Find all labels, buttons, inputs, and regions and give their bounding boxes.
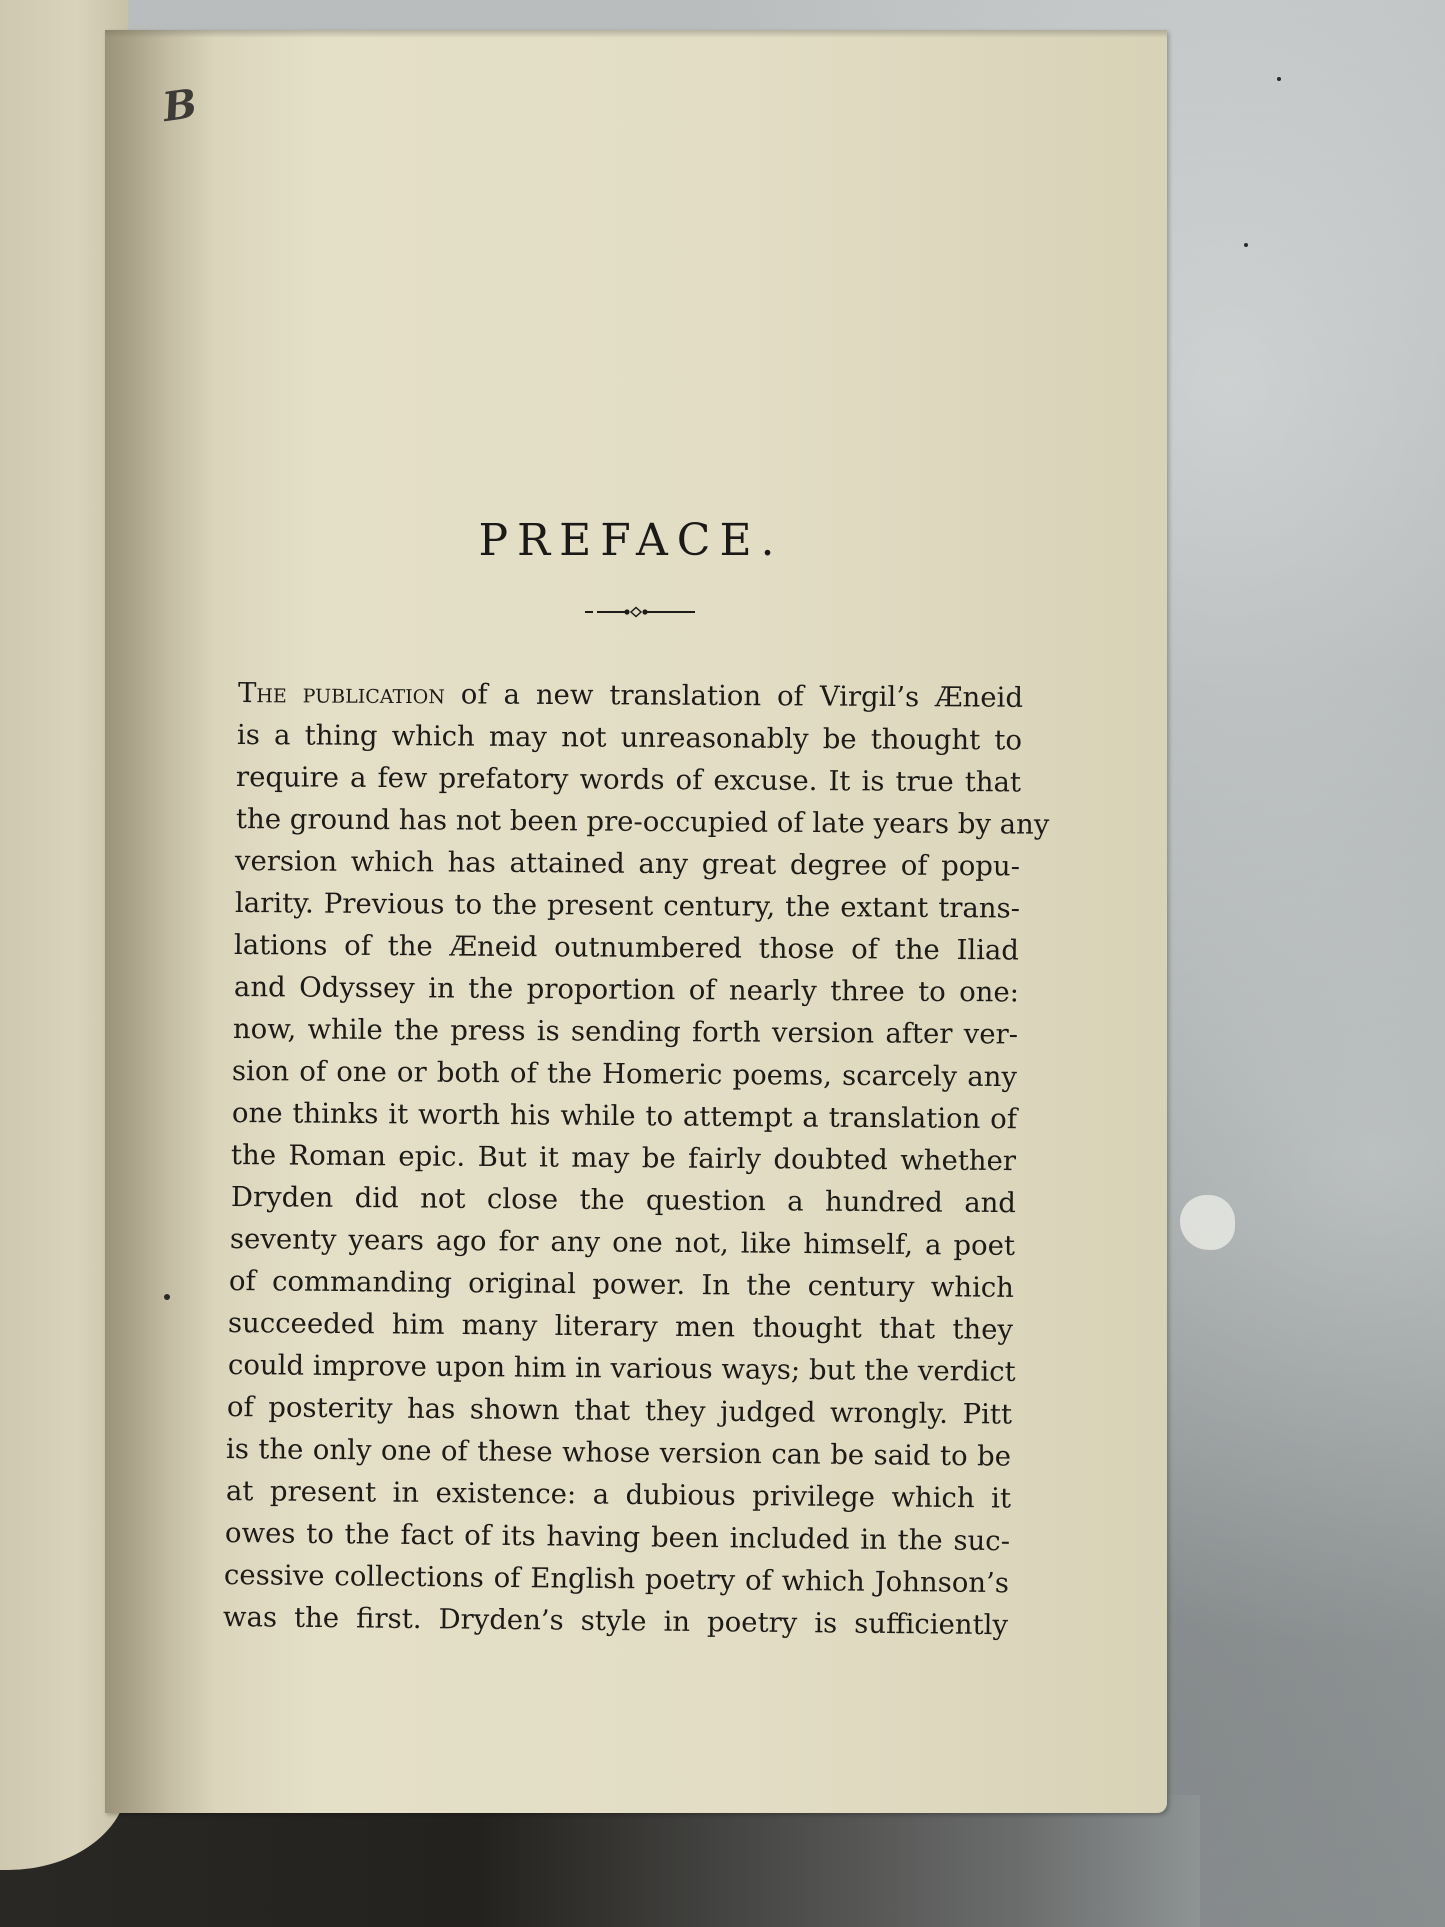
text-line: at present in existence: a dubious privi… [226, 1470, 1011, 1520]
text-line: of commanding original power. In the cen… [229, 1260, 1014, 1309]
page-top-edge [105, 30, 1167, 38]
handwritten-mark: B [160, 80, 200, 131]
text-line: the ground has not been pre-occupied of … [236, 798, 1021, 845]
text-line: version which has attained any great deg… [235, 840, 1020, 887]
text-line: sion of one or both of the Homeric poems… [232, 1050, 1017, 1098]
preface-paragraph: The publication of a new translation of … [238, 672, 1023, 1638]
text-line: The publication of a new translation of … [238, 672, 1023, 719]
text-line: seventy years ago for any one not, like … [230, 1218, 1015, 1267]
text-line: of posterity has shown that they judged … [227, 1386, 1012, 1436]
opening-smallcaps: The publication [238, 677, 445, 710]
text-line: one thinks it worth his while to attempt… [232, 1092, 1017, 1140]
marble-speck [1244, 243, 1248, 247]
text-line: is a thing which may not unreasonably be… [237, 714, 1022, 761]
text-line: lations of the Æneid outnumbered those o… [234, 924, 1019, 971]
text-line: require a few prefatory words of excuse.… [236, 756, 1021, 803]
reflection-spot [1180, 1195, 1235, 1250]
marble-speck [1277, 77, 1281, 81]
text-line: Dryden did not close the question a hund… [231, 1176, 1016, 1224]
text-line: now, while the press is sending forth ve… [233, 1008, 1018, 1055]
gutter-shadow [105, 30, 215, 1813]
text-line: is the only one of these whose version c… [226, 1428, 1011, 1478]
text-line: succeeded him many literary men thought … [228, 1302, 1013, 1351]
text-line: the Roman epic. But it may be fairly dou… [231, 1134, 1016, 1182]
text-line: could improve upon him in various ways; … [228, 1344, 1013, 1393]
page-title: PREFACE. [0, 515, 1262, 566]
decorative-rule-icon [585, 605, 695, 619]
text-line: and Odyssey in the proportion of nearly … [234, 966, 1019, 1013]
text-line: larity. Previous to the present century,… [235, 882, 1020, 929]
text-line: was the first. Dryden’s style in poetry … [223, 1596, 1008, 1646]
table-shadow [0, 1795, 1200, 1927]
margin-speck [164, 1294, 170, 1300]
